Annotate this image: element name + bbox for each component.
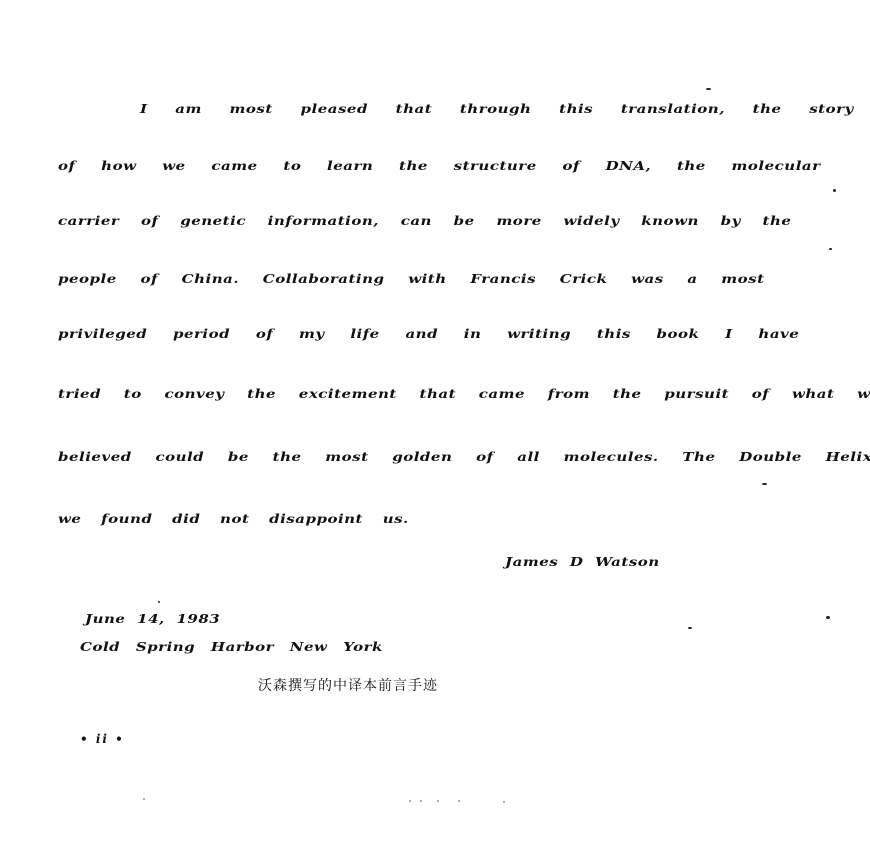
scan-speck xyxy=(688,627,692,629)
scan-speck xyxy=(143,798,145,800)
scan-speck xyxy=(762,483,767,485)
signature: James D Watson xyxy=(505,555,660,569)
scan-speck xyxy=(706,88,711,90)
handwritten-line-4: people of China. Collaborating with Fran… xyxy=(58,272,765,286)
date-line: June 14, 1983 xyxy=(85,612,220,626)
scan-speck xyxy=(409,800,411,802)
handwritten-line-3: carrier of genetic information, can be m… xyxy=(58,214,791,228)
handwritten-line-2: of how we came to learn the structure of… xyxy=(58,159,821,173)
scan-speck xyxy=(829,248,832,250)
scan-speck xyxy=(503,801,505,803)
handwritten-line-6: tried to convey the excitement that came… xyxy=(58,387,870,401)
handwritten-line-8: we found did not disappoint us. xyxy=(58,512,409,526)
scan-speck xyxy=(458,800,460,802)
scan-speck xyxy=(833,189,836,192)
scan-speck xyxy=(420,800,422,802)
page-number: • ii • xyxy=(80,732,125,746)
place-line: Cold Spring Harbor New York xyxy=(80,640,383,654)
handwritten-line-1: I am most pleased that through this tran… xyxy=(140,102,854,116)
handwritten-line-5: privileged period of my life and in writ… xyxy=(58,327,799,341)
document-page: I am most pleased that through this tran… xyxy=(0,0,870,842)
scan-speck xyxy=(826,616,830,619)
scan-speck xyxy=(158,601,160,603)
scan-speck xyxy=(437,800,439,802)
figure-caption: 沃森撰写的中译本前言手迹 xyxy=(258,675,438,695)
handwritten-line-7: believed could be the most golden of all… xyxy=(58,450,870,464)
